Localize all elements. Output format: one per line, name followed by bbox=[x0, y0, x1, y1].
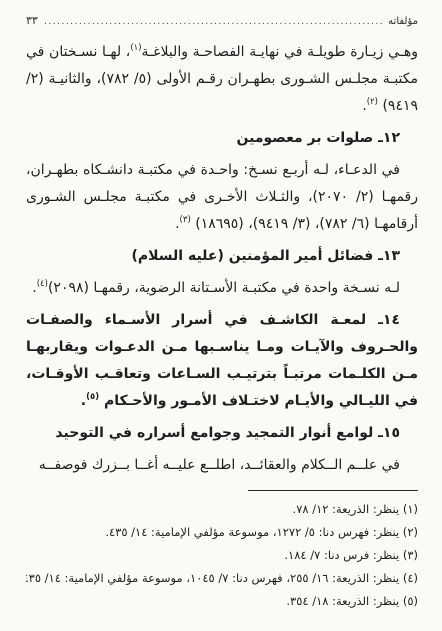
body-paragraph: وهـي زيـارة طويلـة في نهايـة الفصاحـة وا… bbox=[26, 39, 418, 120]
dotted-leader: ........................................… bbox=[43, 17, 384, 27]
page-body: وهـي زيـارة طويلـة في نهايـة الفصاحـة وا… bbox=[26, 39, 418, 490]
footnote-marker: (٣) bbox=[180, 215, 191, 225]
footnote-marker: (٥) bbox=[86, 392, 99, 402]
footnote-line: (٤) ينظر: الذريعة: ١٦/ ٢٥٥، فهرس دنا: ٧/… bbox=[26, 567, 418, 590]
work-title-heading: ١٢ـ صلوات بر معصومين bbox=[26, 125, 418, 152]
body-paragraph: في علــم الــكلام والعقائــد، اطلــع علي… bbox=[26, 452, 418, 479]
book-page: مؤلفاته ................................… bbox=[0, 0, 442, 631]
footnotes-list: (١) ينظر: الذريعة: ١٢/ ٧٨.(٢) ينظر: فهرس… bbox=[26, 498, 418, 613]
page-number: ٣٣ bbox=[26, 14, 43, 27]
work-title-heading: ١٤ـ لمعـة الكاشـف في أسرار الأسـماء والص… bbox=[26, 307, 418, 415]
body-paragraph: لـه نسـخة واحدة في مكتبـة الأسـتانة الرض… bbox=[26, 275, 418, 302]
footnote-line: (١) ينظر: الذريعة: ١٢/ ٧٨. bbox=[26, 498, 418, 521]
footnote-marker: (٢) bbox=[367, 97, 378, 107]
footnote-line: (٣) ينظر: فرس دنا: ٧/ ١٨٤. bbox=[26, 544, 418, 567]
body-paragraph: في الدعـاء، لـه أربـع نسـخ: واحـدة في مك… bbox=[26, 157, 418, 238]
footnote-line: (٥) ينظر: الذريعة: ١٨/ ٣٥٤. bbox=[26, 590, 418, 613]
running-header-title: مؤلفاته bbox=[384, 16, 418, 27]
work-title-heading: ١٣ـ فضائل أمير المؤمنين (عليه السلام) bbox=[26, 243, 418, 270]
footnote-marker: (١) bbox=[130, 43, 141, 53]
footnote-marker: (٤) bbox=[37, 279, 48, 289]
footnote-line: (٢) ينظر: فهرس دنا: ٥/ ١٢٧٢، موسوعة مؤلف… bbox=[26, 521, 418, 544]
running-header: مؤلفاته ................................… bbox=[26, 14, 418, 27]
work-title-heading: ١٥ـ لوامع أنوار التمجيد وجوامع أسراره في… bbox=[26, 420, 418, 447]
footnote-separator bbox=[248, 490, 418, 491]
